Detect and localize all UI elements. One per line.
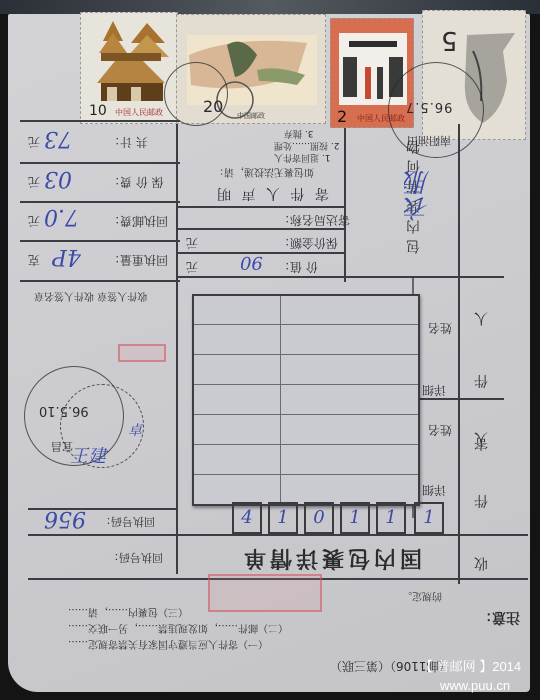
unit-yuan: 元 <box>186 259 198 276</box>
handwritten-value: 90 <box>240 252 263 273</box>
receiver-label: 收 件 人 <box>472 410 492 571</box>
label-receipt-number: 回执号码： <box>100 514 155 530</box>
pasted-address-label <box>192 294 420 506</box>
receiver-name-label: 姓名 <box>428 422 452 439</box>
postmark-top-left <box>164 62 228 126</box>
receiver-address-label: 详细 <box>422 482 446 499</box>
postal-code-digit: 1 <box>376 502 406 534</box>
label-value: 价 值： <box>278 259 318 276</box>
unit-yuan: 元 <box>28 134 40 151</box>
label-receipt-weight: 回执重量： <box>108 252 168 269</box>
notes-line-3: （三）包裹内……，请…… <box>68 606 188 621</box>
sender-notice-sub: 如包裹无法投递，请： <box>214 166 314 181</box>
stamp-caption: 中国邮政 <box>237 111 265 121</box>
postal-code-digit: 1 <box>268 502 298 534</box>
label-insurance-fee: 保 价 费： <box>108 174 164 191</box>
divider <box>178 206 346 208</box>
unit-yuan: 元 <box>28 174 40 191</box>
sender-address-label: 详细 <box>422 382 446 399</box>
notes-line-1: （一）寄件人应当遵守国家有关禁寄规定…… <box>68 638 268 653</box>
handwritten-receipt-postage: 7.0 <box>44 204 79 229</box>
handwritten-receipt-weight: 4P <box>52 244 81 269</box>
postal-code-digit: 1 <box>414 502 444 534</box>
postal-code-digit: 4 <box>232 502 262 534</box>
label-destination-office: 寄达局名称： <box>278 212 350 229</box>
unit-yuan: 元 <box>186 235 198 252</box>
notes-line-2: （二）邮件……，如发现违禁……，另一联交…… <box>68 622 288 637</box>
divider <box>344 276 504 278</box>
watermark-brand: 【 普邮网 】2014 <box>420 656 521 675</box>
recipient-signature-label: 收件人签章 收件人签名章 <box>34 290 147 305</box>
red-seal-large <box>208 574 322 612</box>
parcel-slip: 10 中国人民邮政 20 中国邮政 2 中国人民邮政 5 <box>8 14 530 692</box>
divider <box>178 276 346 278</box>
postmark-nanyang: 96.5.7 南阳油田 <box>388 62 484 158</box>
red-seal-small <box>118 344 166 362</box>
divider <box>344 128 346 282</box>
watermark-url: www.puu.cn <box>440 678 510 693</box>
handwritten-insurance-fee: 03 <box>44 166 72 191</box>
label-insured-amount: 保价金额： <box>278 235 338 252</box>
handwritten-signature: 卓 <box>128 420 142 440</box>
divider <box>20 120 180 122</box>
postal-code-digit: 0 <box>304 502 334 534</box>
divider <box>20 240 180 242</box>
divider <box>20 201 180 203</box>
unit-gram: 克 <box>28 252 40 269</box>
stamp-stilt-house: 10 中国人民邮政 <box>80 12 178 124</box>
handwritten-note: 王建 <box>70 442 106 468</box>
form-title: 国内包裹详情单 <box>240 544 422 575</box>
unit-yuan: 元 <box>28 213 40 230</box>
sender-notice-header: 寄 件 人 声 明 <box>214 184 329 204</box>
divider <box>20 280 180 282</box>
notes-label: 注意： <box>478 608 520 628</box>
stamp-value: 10 <box>89 103 107 119</box>
label-total: 共 计： <box>108 134 148 151</box>
handwritten-contents: 衣服 <box>400 170 437 222</box>
handwritten-total: 73 <box>44 126 72 151</box>
postal-code-digit: 1 <box>340 502 370 534</box>
divider <box>28 534 528 536</box>
handwritten-receipt-number: 956 <box>44 506 86 531</box>
stamp-value: 2 <box>337 107 347 126</box>
divider <box>20 162 180 164</box>
label-receipt-postage: 回执邮费： <box>108 213 168 230</box>
option-1: 1. 退回寄件人 <box>274 152 330 165</box>
stamp-caption: 中国人民邮政 <box>115 107 163 118</box>
postmark-date: 96.5.7 <box>405 99 452 114</box>
notes-line-4: 的规定。 <box>402 590 442 605</box>
divider <box>176 124 178 574</box>
divider <box>458 124 460 584</box>
label-receipt: 回执号码： <box>108 550 163 566</box>
sender-name-label: 姓名 <box>428 320 452 337</box>
